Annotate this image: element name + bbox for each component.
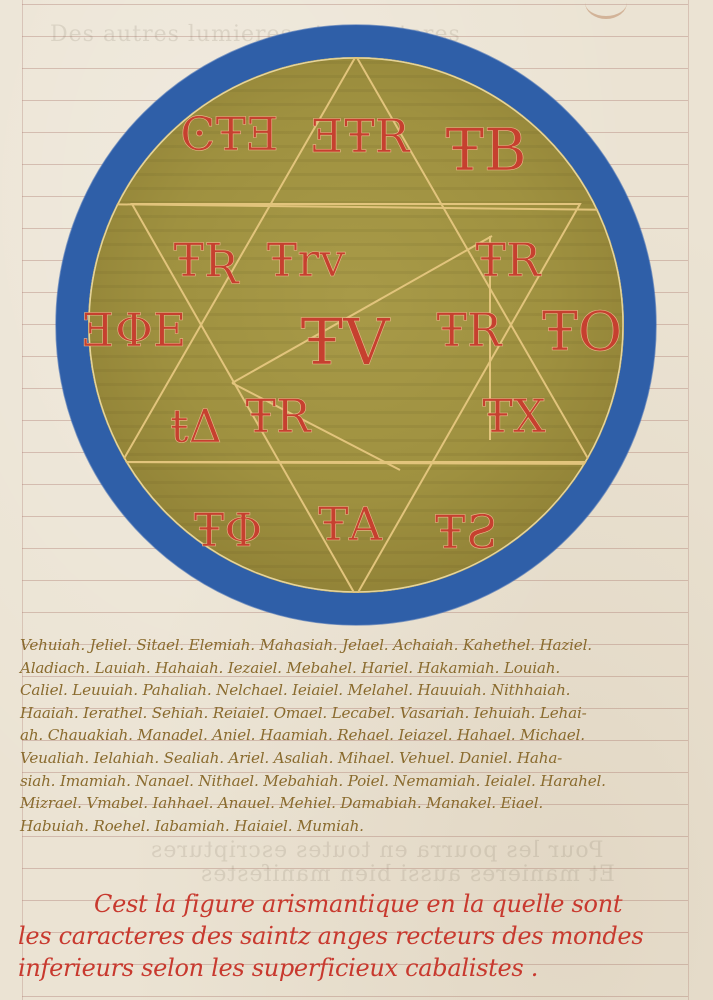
names-line: Haaiah. Ierathel. Sehiah. Reiaiel. Omael… (20, 702, 692, 725)
names-line: siah. Imamiah. Nanael. Nithael. Mebahiah… (20, 770, 692, 793)
manuscript-page: Des autres lumieres et caracteres Pour l… (0, 0, 713, 1000)
sigil-icon: ŦB (445, 116, 526, 184)
sigil-icon: ƎŦR (311, 109, 411, 163)
sigil-icon: ŦO (542, 300, 622, 363)
rubric-caption: Cest la figure arismantique en la quelle… (18, 888, 698, 984)
names-line: Mizrael. Vmabel. Iahhael. Anauel. Mehiel… (20, 792, 692, 815)
sigil-icon: ŦV (301, 306, 392, 380)
names-line: Caliel. Leuuiah. Pahaliah. Nelchael. Iei… (20, 679, 692, 702)
sigil-icon: ŦR (475, 233, 542, 287)
sigil-icon: ŦR (436, 303, 503, 357)
sigil-icon: ƎΦE (82, 303, 187, 357)
sigil-icon: ŧΔ (170, 399, 222, 453)
sigil-icon: ŦR (245, 389, 312, 443)
caption-line: les caracteres des saintz anges recteurs… (18, 920, 698, 952)
sigil-icon: ŦƦ (173, 233, 240, 287)
caption-line: inferieurs selon les superficieux cabali… (18, 952, 698, 984)
names-line: Veualiah. Ielahiah. Sealiah. Ariel. Asal… (20, 747, 692, 770)
ruled-line (22, 996, 688, 997)
sigil-icon: Ŧrv (267, 233, 346, 287)
hexagram-figure: ϾŦƎ ƎŦR ŦB ŦƦ Ŧrv ŦR ƎΦE ŦV ŦR ŦO ŧΔ ŦR … (0, 0, 713, 640)
names-line: ah. Chauakiah. Manadel. Aniel. Haamiah. … (20, 724, 692, 747)
angel-names-list: Vehuiah. Jeliel. Sitael. Elemiah. Mahasi… (20, 634, 692, 837)
sigil-icon: ŦΦ (194, 503, 262, 557)
names-line: Aladiach. Lauiah. Hahaiah. Iezaiel. Meba… (20, 657, 692, 680)
sigil-icon: ϾŦƎ (180, 107, 279, 161)
caption-line: Cest la figure arismantique en la quelle… (18, 888, 698, 920)
sigil-icon: ŦA (318, 497, 383, 551)
show-through-text: Et manieres aussi bien manifestes (200, 862, 615, 887)
names-line: Habuiah. Roehel. Iabamiah. Haiaiel. Mumi… (20, 815, 692, 838)
sigil-icon: ŦX (482, 389, 546, 443)
sigil-icon: ŦƧ (435, 505, 497, 559)
names-line: Vehuiah. Jeliel. Sitael. Elemiah. Mahasi… (20, 634, 692, 657)
show-through-text: Pour les pourra en toutes escriptures (150, 838, 604, 863)
